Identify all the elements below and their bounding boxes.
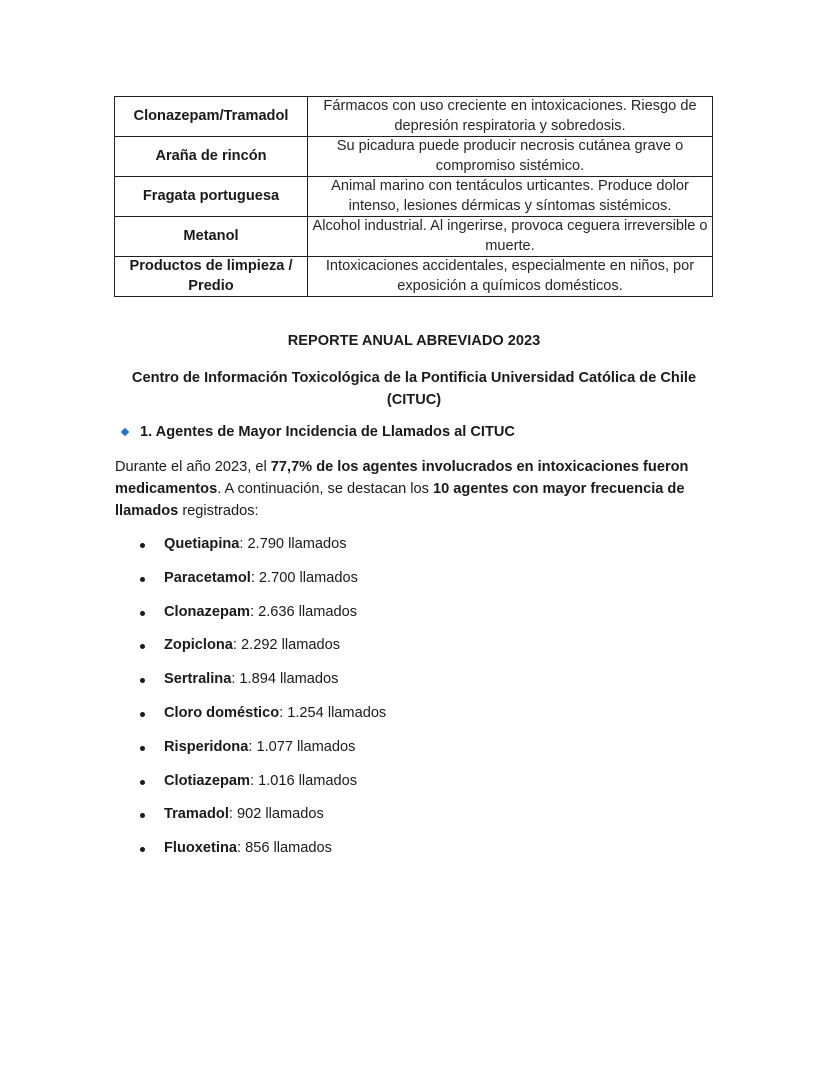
bullet-icon (140, 577, 145, 582)
report-title: REPORTE ANUAL ABREVIADO 2023 (0, 333, 828, 349)
intro-text: Durante el año 2023, el (115, 459, 271, 475)
table-row: Productos de limpieza / Predio Intoxicac… (115, 257, 713, 297)
agent-description-cell: Alcohol industrial. Al ingerirse, provoc… (308, 217, 713, 257)
agent-description-cell: Su picadura puede producir necrosis cutá… (308, 137, 713, 177)
top-agents-list: Quetiapina: 2.790 llamados Paracetamol: … (115, 536, 386, 874)
bullet-icon (140, 746, 145, 751)
agent-calls: : 902 llamados (229, 806, 324, 822)
agent-name-cell: Metanol (115, 217, 308, 257)
agent-calls: : 2.292 llamados (233, 637, 340, 653)
list-item: Fluoxetina: 856 llamados (115, 840, 386, 874)
agent-name: Cloro doméstico (164, 705, 279, 721)
table-row: Clonazepam/Tramadol Fármacos con uso cre… (115, 97, 713, 137)
diamond-bullet-icon (121, 428, 129, 436)
agent-calls: : 2.636 llamados (250, 604, 357, 620)
bullet-icon (140, 813, 145, 818)
table-row: Araña de rincón Su picadura puede produc… (115, 137, 713, 177)
agent-calls: : 1.016 llamados (250, 773, 357, 789)
list-item: Tramadol: 902 llamados (115, 806, 386, 840)
list-item: Sertralina: 1.894 llamados (115, 671, 386, 705)
agent-calls: : 2.700 llamados (251, 570, 358, 586)
agent-name: Risperidona (164, 739, 248, 755)
bullet-icon (140, 712, 145, 717)
intro-text: . A continuación, se destacan los (217, 481, 433, 497)
list-item: Clonazepam: 2.636 llamados (115, 604, 386, 638)
document-page: Clonazepam/Tramadol Fármacos con uso cre… (0, 0, 828, 1071)
agent-name: Sertralina (164, 671, 231, 687)
agent-name-cell: Clonazepam/Tramadol (115, 97, 308, 137)
section-heading-text: 1. Agentes de Mayor Incidencia de Llamad… (140, 424, 515, 440)
agent-name: Tramadol (164, 806, 229, 822)
agent-name: Clonazepam (164, 604, 250, 620)
bullet-icon (140, 678, 145, 683)
agent-name: Fluoxetina (164, 840, 237, 856)
bullet-icon (140, 543, 145, 548)
intro-paragraph: Durante el año 2023, el 77,7% de los age… (115, 456, 715, 522)
agent-calls: : 2.790 llamados (239, 536, 346, 552)
list-item: Risperidona: 1.077 llamados (115, 739, 386, 773)
agent-name-cell: Fragata portuguesa (115, 177, 308, 217)
bullet-icon (140, 847, 145, 852)
bullet-icon (140, 644, 145, 649)
list-item: Paracetamol: 2.700 llamados (115, 570, 386, 604)
agent-description-cell: Animal marino con tentáculos urticantes.… (308, 177, 713, 217)
agent-calls: : 856 llamados (237, 840, 332, 856)
agent-calls: : 1.254 llamados (279, 705, 386, 721)
agent-description-cell: Fármacos con uso creciente en intoxicaci… (308, 97, 713, 137)
intro-text: registrados: (178, 503, 258, 519)
organization-title: Centro de Información Toxicológica de la… (110, 367, 718, 411)
agent-name: Quetiapina (164, 536, 239, 552)
agent-description-cell: Intoxicaciones accidentales, especialmen… (308, 257, 713, 297)
table-row: Fragata portuguesa Animal marino con ten… (115, 177, 713, 217)
list-item: Clotiazepam: 1.016 llamados (115, 773, 386, 807)
agent-name: Paracetamol (164, 570, 251, 586)
agent-calls: : 1.894 llamados (231, 671, 338, 687)
list-item: Quetiapina: 2.790 llamados (115, 536, 386, 570)
agent-name: Clotiazepam (164, 773, 250, 789)
list-item: Zopiclona: 2.292 llamados (115, 637, 386, 671)
bullet-icon (140, 611, 145, 616)
bullet-icon (140, 780, 145, 785)
agent-name: Zopiclona (164, 637, 233, 653)
section-heading: 1. Agentes de Mayor Incidencia de Llamad… (120, 424, 515, 440)
agent-name-cell: Araña de rincón (115, 137, 308, 177)
agents-table: Clonazepam/Tramadol Fármacos con uso cre… (114, 96, 713, 297)
agent-name-cell: Productos de limpieza / Predio (115, 257, 308, 297)
list-item: Cloro doméstico: 1.254 llamados (115, 705, 386, 739)
agent-calls: : 1.077 llamados (248, 739, 355, 755)
table-row: Metanol Alcohol industrial. Al ingerirse… (115, 217, 713, 257)
